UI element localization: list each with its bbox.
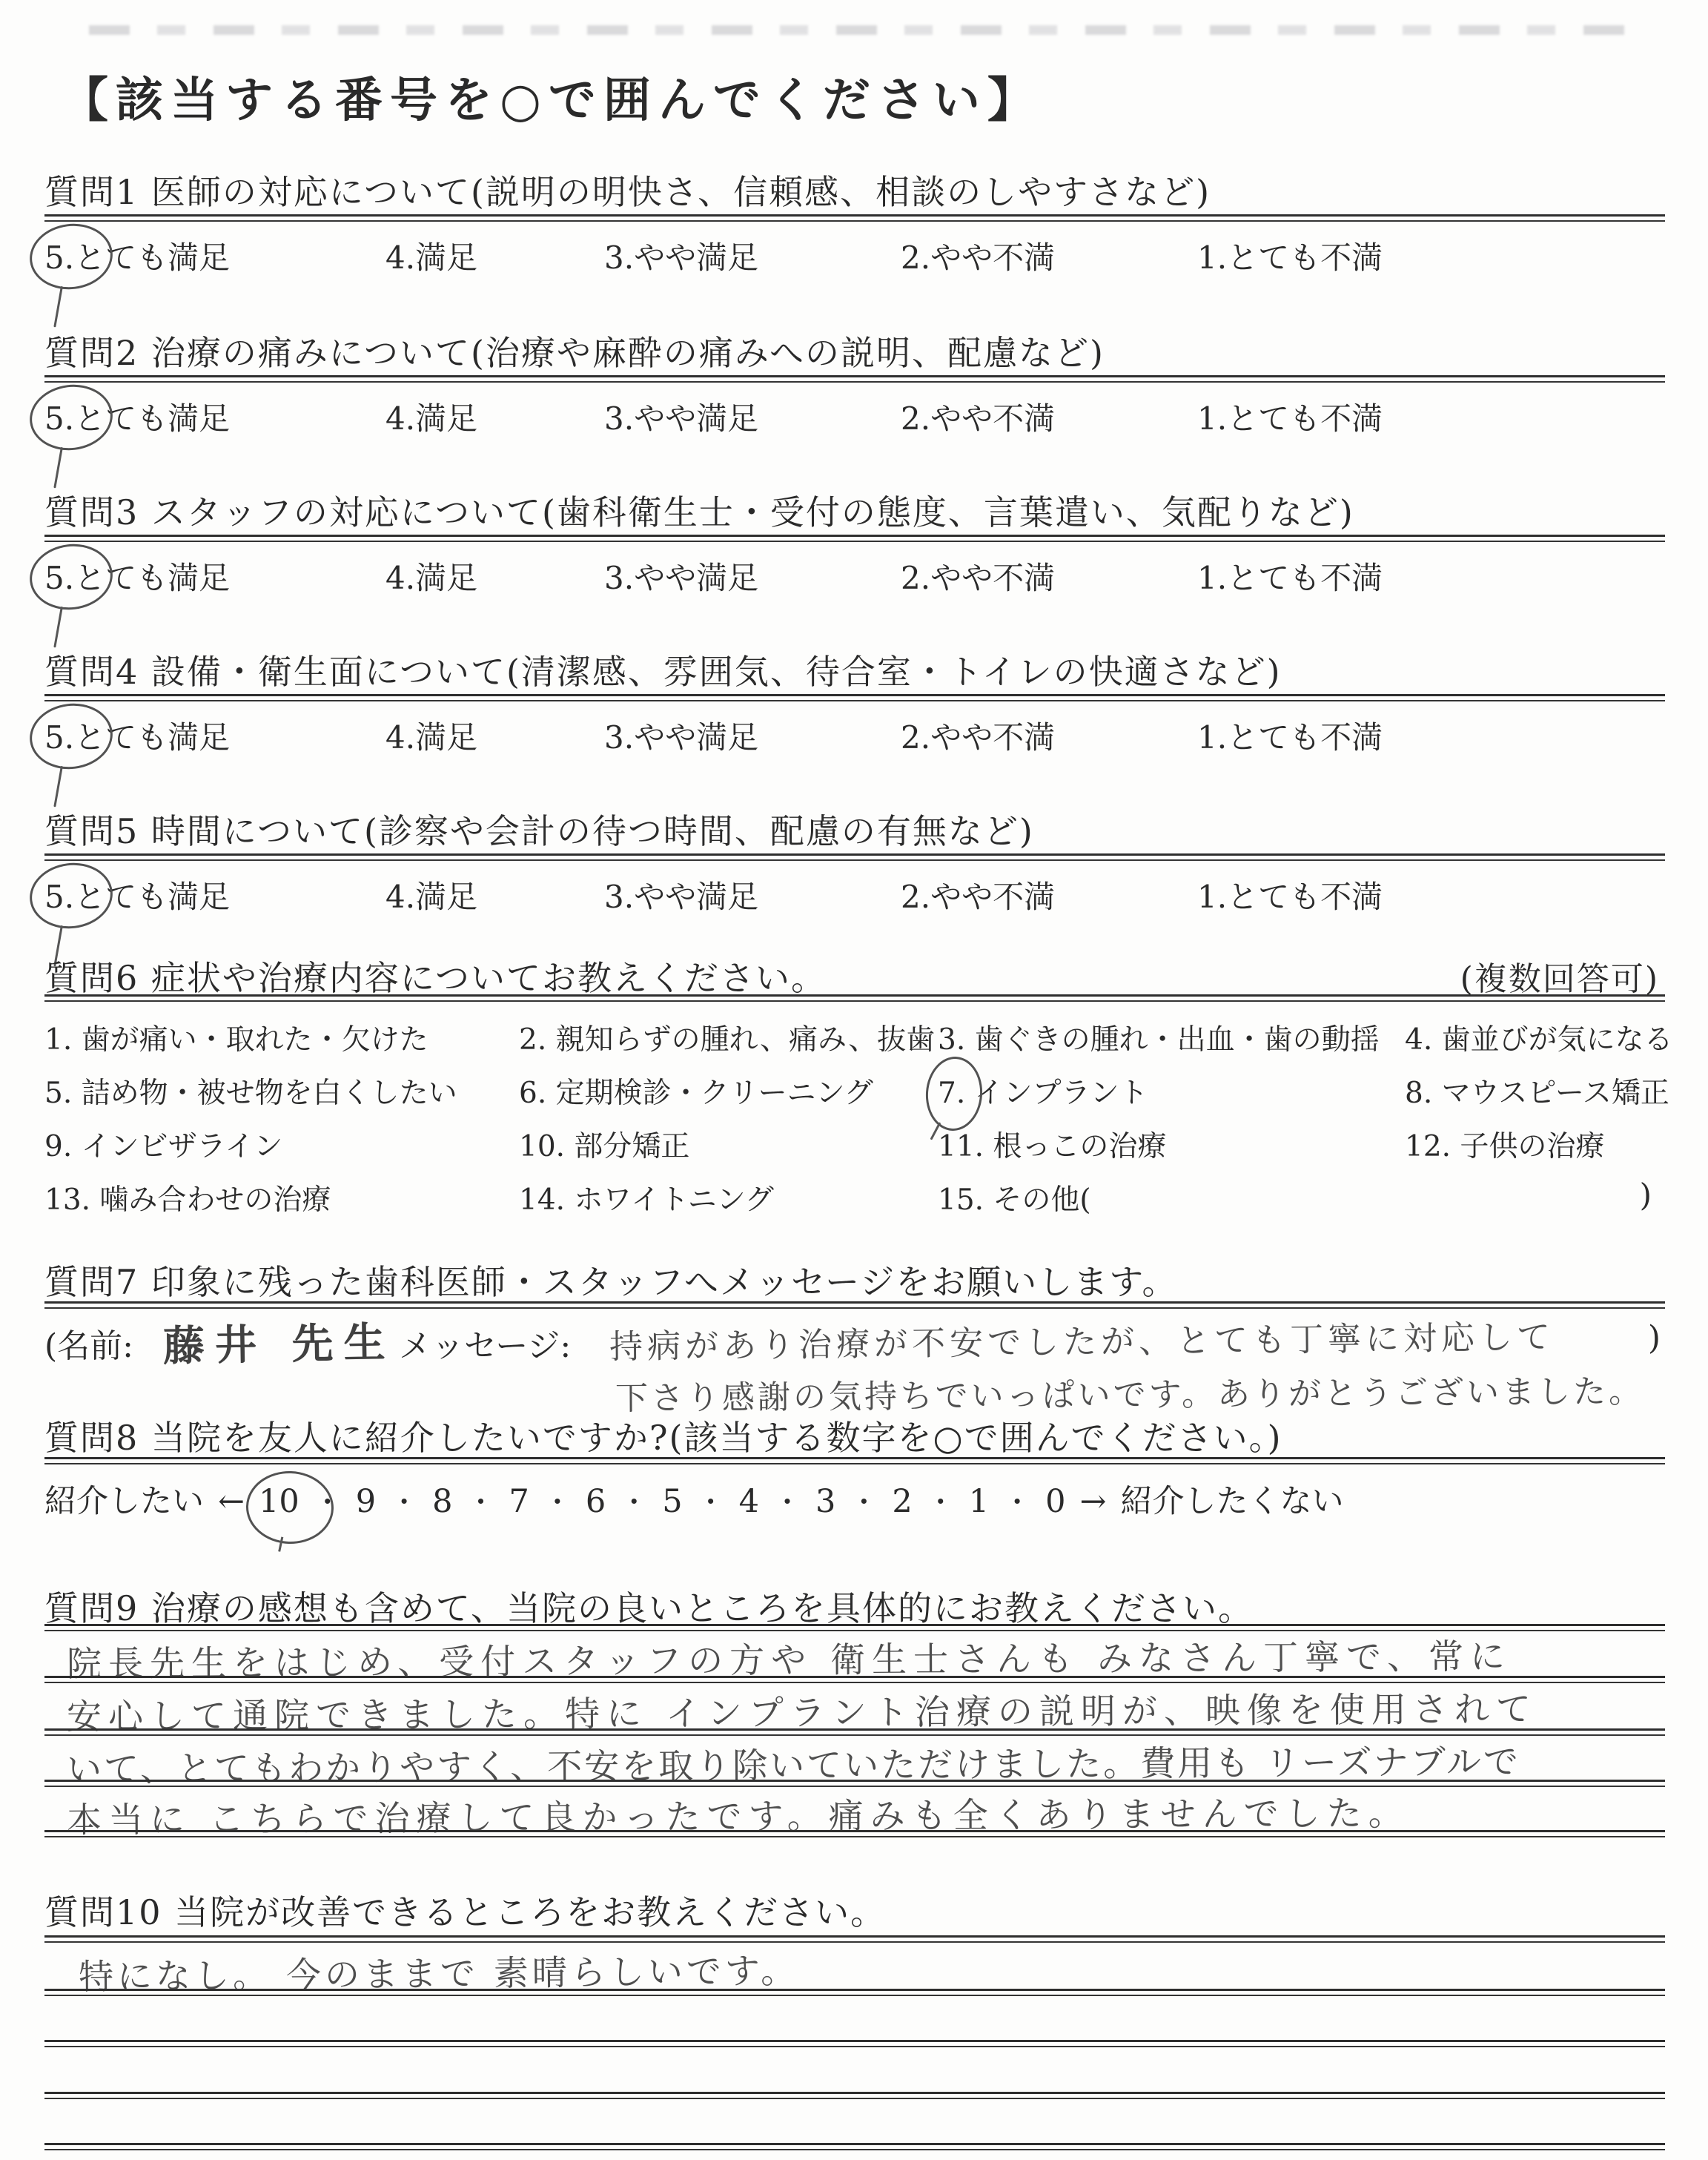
divider-line (44, 853, 1665, 861)
divider-line (44, 375, 1665, 383)
question-1-heading: 質問1 医師の対応について(説明の明快さ、信頼感、相談のしやすさなど) (44, 165, 1665, 214)
q6-option-6: 6. 定期検診・クリーニング (519, 1070, 873, 1112)
question-9-section: 質問9 治療の感想も含めて、当院の良いところを具体的にお教えください。 院長先生… (44, 1582, 1665, 1841)
option-very-satisfied: 5.とても満足 (44, 240, 230, 276)
question-1-options: 5.とても満足 4.満足 3.やや満足 2.やや不満 1.とても不満 (44, 234, 1665, 277)
q6-option-15: 15. その他( (938, 1177, 1091, 1218)
option-somewhat-satisfied: 3.やや満足 (604, 873, 758, 917)
handwritten-message-line-1: 持病があり治療が不安でしたが、とても丁寧に対応して (609, 1309, 1555, 1367)
question-2-section: 質問2 治療の痛みについて(治療や麻酔の痛みへの説明、配慮など) 5.とても満足… (44, 326, 1665, 375)
question-6-row-4: 13. 噛み合わせの治療 14. ホワイトニング 15. その他( ) (44, 1177, 1665, 1218)
option-somewhat-dissatisfied: 2.やや不満 (901, 554, 1055, 598)
option-very-dissatisfied: 1.とても不満 (1197, 713, 1383, 758)
question-2-heading: 質問2 治療の痛みについて(治療や麻酔の痛みへの説明、配慮など) (44, 326, 1665, 375)
answer-line (44, 1780, 1665, 1787)
divider-line (44, 994, 1665, 1002)
divider-line (44, 1301, 1665, 1309)
form-title: 【該当する番号を○で囲んでください】 (61, 62, 1042, 131)
option-satisfied: 4.満足 (385, 554, 477, 598)
q6-option-9: 9. インビザライン (44, 1123, 282, 1165)
option-somewhat-satisfied: 3.やや満足 (604, 234, 758, 278)
question-8-section: 質問8 当院を友人に紹介したいですか?(該当する数字を○で囲んでください。) 紹… (44, 1411, 1665, 1460)
option-satisfied: 4.満足 (385, 873, 477, 917)
q6-option-13: 13. 噛み合わせの治療 (44, 1177, 331, 1218)
question-6-section: 質問6 症状や治療内容についてお教えください。 (複数回答可) 1. 歯が痛い・… (44, 951, 1665, 1000)
q6-option-4: 4. 歯並びが気になる (1405, 1017, 1673, 1058)
option-somewhat-dissatisfied: 2.やや不満 (901, 873, 1055, 917)
question-2-options: 5.とても満足 4.満足 3.やや満足 2.やや不満 1.とても不満 (44, 394, 1665, 437)
scale-number-8: 8 (432, 1483, 452, 1520)
question-5-options: 5.とても満足 4.満足 3.やや満足 2.やや不満 1.とても不満 (44, 873, 1665, 916)
option-very-satisfied: 5.とても満足 (44, 560, 230, 596)
scale-separator: ・ (850, 1479, 878, 1520)
q6-option-10: 10. 部分矯正 (519, 1123, 689, 1165)
scale-separator: ・ (697, 1479, 725, 1520)
scale-number-4: 4 (739, 1483, 759, 1520)
scale-number-2: 2 (892, 1483, 912, 1520)
scale-number-1: 1 (969, 1483, 989, 1520)
question-8-heading: 質問8 当院を友人に紹介したいですか?(該当する数字を○で囲んでください。) (44, 1411, 1665, 1460)
message-label: メッセージ: (399, 1319, 571, 1367)
option-very-dissatisfied: 1.とても不満 (1197, 554, 1383, 598)
scale-separator: ・ (773, 1479, 801, 1520)
scale-separator: ・ (927, 1479, 955, 1520)
divider-line (44, 694, 1665, 701)
question-3-options: 5.とても満足 4.満足 3.やや満足 2.やや不満 1.とても不満 (44, 554, 1665, 597)
question-10-heading: 質問10 当院が改善できるところをお教えください。 (44, 1886, 1665, 1935)
q6-option-12: 12. 子供の治療 (1405, 1123, 1604, 1165)
option-somewhat-satisfied: 3.やや満足 (604, 554, 758, 598)
option-very-dissatisfied: 1.とても不満 (1197, 394, 1383, 439)
scale-number-0: 0 (1045, 1483, 1065, 1520)
q6-other-closing-paren: ) (1640, 1177, 1652, 1213)
left-arrow-icon: ← (218, 1483, 245, 1520)
question-4-section: 質問4 設備・衛生面について(清潔感、雰囲気、待合室・トイレの快適さなど) 5.… (44, 645, 1665, 694)
question-7-heading: 質問7 印象に残った歯科医師・スタッフへメッセージをお願いします。 (44, 1255, 1665, 1304)
option-somewhat-dissatisfied: 2.やや不満 (901, 234, 1055, 278)
q6-option-3: 3. 歯ぐきの腫れ・出血・歯の動揺 (938, 1017, 1380, 1058)
option-somewhat-dissatisfied: 2.やや不満 (901, 713, 1055, 758)
right-arrow-icon: → (1080, 1483, 1107, 1520)
scale-number-10: 10 (259, 1483, 299, 1520)
multiple-answers-note: (複数回答可) (1460, 952, 1659, 1000)
answer-line (44, 1989, 1665, 1996)
scale-separator: ・ (620, 1479, 648, 1520)
option-somewhat-dissatisfied: 2.やや不満 (901, 394, 1055, 439)
option-very-satisfied: 5.とても満足 (44, 719, 230, 756)
question-3-section: 質問3 スタッフの対応について(歯科衛生士・受付の態度、言葉遣い、気配りなど) … (44, 486, 1665, 535)
question-5-section: 質問5 時間について(診察や会計の待つ時間、配慮の有無など) 5.とても満足 4… (44, 805, 1665, 853)
scan-cutoff-artifact (89, 25, 1641, 35)
answer-line (44, 2092, 1665, 2099)
recommendation-scale: 紹介したい ← 10 ・ 9 ・ 8 ・ 7 ・ 6 ・ 5 ・ 4 ・ 3 ・… (44, 1476, 1665, 1522)
divider-line (44, 214, 1665, 222)
scale-separator: ・ (543, 1479, 572, 1520)
scale-number-6: 6 (586, 1483, 606, 1520)
option-satisfied: 4.満足 (385, 713, 477, 758)
option-satisfied: 4.満足 (385, 234, 477, 278)
survey-form-scan: 【該当する番号を○で囲んでください】 質問1 医師の対応について(説明の明快さ、… (0, 0, 1708, 2160)
scale-number-5: 5 (662, 1483, 682, 1520)
q6-option-7: 7. インプラント (938, 1077, 1148, 1110)
question-7-section: 質問7 印象に残った歯科医師・スタッフへメッセージをお願いします。 (名前: 藤… (44, 1255, 1665, 1304)
question-5-heading: 質問5 時間について(診察や会計の待つ時間、配慮の有無など) (44, 805, 1665, 853)
scale-left-label: 紹介したい (44, 1476, 204, 1522)
question-4-options: 5.とても満足 4.満足 3.やや満足 2.やや不満 1.とても不満 (44, 713, 1665, 756)
scale-separator: ・ (314, 1479, 342, 1520)
answer-line (44, 1935, 1665, 1943)
q6-option-8: 8. マウスピース矯正 (1405, 1070, 1669, 1112)
option-very-satisfied: 5.とても満足 (44, 879, 230, 915)
question-6-row-3: 9. インビザライン 10. 部分矯正 11. 根っこの治療 12. 子供の治療 (44, 1123, 1665, 1164)
q7-closing-paren: ) (1648, 1319, 1661, 1357)
q6-option-14: 14. ホワイトニング (519, 1177, 774, 1218)
answer-line (44, 2040, 1665, 2047)
scale-separator: ・ (1003, 1479, 1031, 1520)
question-6-row-2: 5. 詰め物・被せ物を白くしたい 6. 定期検診・クリーニング 7. インプラン… (44, 1070, 1665, 1111)
divider-line (44, 1457, 1665, 1464)
scale-number-7: 7 (509, 1483, 529, 1520)
option-somewhat-satisfied: 3.やや満足 (604, 713, 758, 758)
answer-line (44, 1830, 1665, 1837)
q6-option-5: 5. 詰め物・被せ物を白くしたい (44, 1070, 457, 1112)
question-1-section: 質問1 医師の対応について(説明の明快さ、信頼感、相談のしやすさなど) 5.とて… (44, 165, 1665, 214)
question-4-heading: 質問4 設備・衛生面について(清潔感、雰囲気、待合室・トイレの快適さなど) (44, 645, 1665, 694)
question-6-row-1: 1. 歯が痛い・取れた・欠けた 2. 親知らずの腫れ、痛み、抜歯 3. 歯ぐきの… (44, 1017, 1665, 1057)
scale-number-9: 9 (356, 1483, 376, 1520)
option-satisfied: 4.満足 (385, 394, 477, 439)
scale-number-3: 3 (815, 1483, 835, 1520)
name-label: (名前: (44, 1319, 133, 1367)
scale-separator: ・ (467, 1479, 495, 1520)
question-3-heading: 質問3 スタッフの対応について(歯科衛生士・受付の態度、言葉遣い、気配りなど) (44, 486, 1665, 535)
q6-option-1: 1. 歯が痛い・取れた・欠けた (44, 1017, 428, 1058)
q6-option-2: 2. 親知らずの腫れ、痛み、抜歯 (519, 1017, 935, 1058)
question-10-section: 質問10 当院が改善できるところをお教えください。 特になし。 今のままで 素晴… (44, 1886, 1665, 2153)
answer-line (44, 2143, 1665, 2150)
question-6-heading: 質問6 症状や治療内容についてお教えください。 (44, 951, 827, 1000)
scale-right-label: 紹介したくない (1121, 1476, 1344, 1522)
scale-separator: ・ (390, 1479, 418, 1520)
option-very-dissatisfied: 1.とても不満 (1197, 234, 1383, 278)
divider-line (44, 535, 1665, 542)
option-very-satisfied: 5.とても満足 (44, 400, 230, 437)
q6-option-11: 11. 根っこの治療 (938, 1123, 1166, 1165)
handwritten-name: 藤井 先生 (162, 1309, 396, 1373)
option-very-dissatisfied: 1.とても不満 (1197, 873, 1383, 917)
option-somewhat-satisfied: 3.やや満足 (604, 394, 758, 439)
